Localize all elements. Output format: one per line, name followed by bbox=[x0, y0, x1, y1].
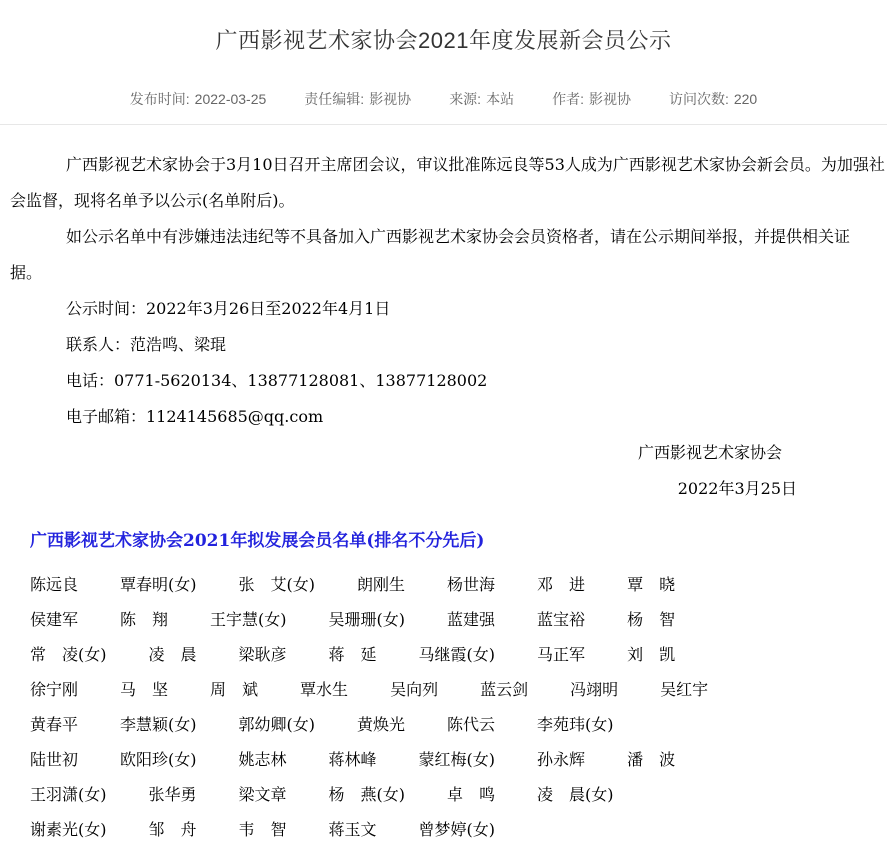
meta-value: 影视协 bbox=[369, 91, 411, 107]
member-name: 黄春平 bbox=[30, 707, 78, 742]
name-row: 徐宁刚马 坚周 斌覃水生吴向列蓝云剑冯翊明吴红宇 bbox=[30, 672, 857, 707]
page-title: 广西影视艺术家协会2021年度发展新会员公示 bbox=[0, 0, 887, 56]
member-name: 陈 翔 bbox=[120, 602, 168, 637]
meta-bar: 发布时间:2022-03-25责任编辑:影视协来源:本站作者:影视协访问次数:2… bbox=[0, 90, 887, 108]
member-name: 李苑玮(女) bbox=[537, 707, 614, 742]
member-name: 覃水生 bbox=[300, 672, 348, 707]
meta-item: 来源:本站 bbox=[449, 90, 514, 108]
meta-label: 发布时间: bbox=[130, 91, 190, 107]
meta-value: 2022-03-25 bbox=[195, 91, 267, 107]
member-name: 郭幼卿(女) bbox=[239, 707, 316, 742]
signature-org: 广西影视艺术家协会 bbox=[10, 435, 877, 471]
member-name: 蓝云剑 bbox=[480, 672, 528, 707]
paragraphs: 广西影视艺术家协会于3月10日召开主席团会议，审议批准陈远良等53人成为广西影视… bbox=[10, 147, 877, 291]
member-name: 马继霞(女) bbox=[419, 637, 496, 672]
member-name: 邓 进 bbox=[537, 567, 585, 602]
member-name: 冯翊明 bbox=[570, 672, 618, 707]
member-name: 韦 智 bbox=[239, 812, 287, 844]
article-paragraph: 如公示名单中有涉嫌违法违纪等不具备加入广西影视艺术家协会会员资格者，请在公示期间… bbox=[10, 219, 877, 291]
paragraph-line: 广西影视艺术家协会于3月10日召开主席团会议，审议批准陈远良等53人成为广西影视… bbox=[10, 147, 877, 183]
member-name: 曾梦婷(女) bbox=[419, 812, 496, 844]
member-name: 欧阳珍(女) bbox=[120, 742, 197, 777]
name-row: 侯建军陈 翔王宇慧(女)吴珊珊(女)蓝建强蓝宝裕杨 智 bbox=[30, 602, 857, 637]
member-name: 朗刚生 bbox=[357, 567, 405, 602]
roster-rows: 陈远良覃春明(女)张 艾(女)朗刚生杨世海邓 进覃 晓侯建军陈 翔王宇慧(女)吴… bbox=[30, 567, 857, 844]
member-name: 黄焕光 bbox=[357, 707, 405, 742]
meta-label: 来源: bbox=[449, 91, 481, 107]
member-name: 侯建军 bbox=[30, 602, 78, 637]
member-name: 陈远良 bbox=[30, 567, 78, 602]
name-row: 王羽潇(女)张华勇梁文章杨 燕(女)卓 鸣凌 晨(女) bbox=[30, 777, 857, 812]
name-row: 陆世初欧阳珍(女)姚志林蒋林峰蒙红梅(女)孙永辉潘 波 bbox=[30, 742, 857, 777]
member-name: 李慧颖(女) bbox=[120, 707, 197, 742]
info-line: 公示时间：2022年3月26日至2022年4月1日 bbox=[10, 291, 877, 327]
name-row: 陈远良覃春明(女)张 艾(女)朗刚生杨世海邓 进覃 晓 bbox=[30, 567, 857, 602]
article-paragraph: 广西影视艺术家协会于3月10日召开主席团会议，审议批准陈远良等53人成为广西影视… bbox=[10, 147, 877, 219]
name-row: 黄春平李慧颖(女)郭幼卿(女)黄焕光陈代云李苑玮(女) bbox=[30, 707, 857, 742]
member-name: 凌 晨 bbox=[149, 637, 197, 672]
roster-section: 广西影视艺术家协会2021年拟发展会员名单(排名不分先后) 陈远良覃春明(女)张… bbox=[0, 529, 887, 844]
member-name: 邹 舟 bbox=[149, 812, 197, 844]
member-name: 张 艾(女) bbox=[239, 567, 316, 602]
meta-label: 作者: bbox=[552, 91, 584, 107]
member-name: 蒋林峰 bbox=[329, 742, 377, 777]
paragraph-line: 据。 bbox=[10, 255, 877, 291]
member-name: 王宇慧(女) bbox=[210, 602, 287, 637]
name-row: 常 凌(女)凌 晨梁耿彦蒋 延马继霞(女)马正军刘 凯 bbox=[30, 637, 857, 672]
member-name: 覃 晓 bbox=[627, 567, 675, 602]
member-name: 王羽潇(女) bbox=[30, 777, 107, 812]
member-name: 马正军 bbox=[537, 637, 585, 672]
announcement-page: 广西影视艺术家协会2021年度发展新会员公示 发布时间:2022-03-25责任… bbox=[0, 0, 887, 844]
meta-item: 责任编辑:影视协 bbox=[304, 90, 411, 108]
meta-value: 本站 bbox=[486, 91, 514, 107]
member-name: 蒙红梅(女) bbox=[419, 742, 496, 777]
member-name: 徐宁刚 bbox=[30, 672, 78, 707]
member-name: 卓 鸣 bbox=[447, 777, 495, 812]
meta-label: 责任编辑: bbox=[304, 91, 364, 107]
signature-date: 2022年3月25日 bbox=[10, 471, 877, 507]
member-name: 吴向列 bbox=[390, 672, 438, 707]
member-name: 凌 晨(女) bbox=[537, 777, 614, 812]
member-name: 蒋玉文 bbox=[329, 812, 377, 844]
header-divider bbox=[0, 124, 887, 125]
member-name: 谢素光(女) bbox=[30, 812, 107, 844]
member-name: 吴珊珊(女) bbox=[329, 602, 406, 637]
info-line: 电子邮箱：1124145685@qq.com bbox=[10, 399, 877, 435]
member-name: 潘 波 bbox=[627, 742, 675, 777]
member-name: 杨 燕(女) bbox=[329, 777, 406, 812]
meta-item: 发布时间:2022-03-25 bbox=[130, 90, 267, 108]
member-name: 陈代云 bbox=[447, 707, 495, 742]
member-name: 周 斌 bbox=[210, 672, 258, 707]
member-name: 刘 凯 bbox=[627, 637, 675, 672]
member-name: 常 凌(女) bbox=[30, 637, 107, 672]
info-line: 电话：0771-5620134、13877128081、13877128002 bbox=[10, 363, 877, 399]
member-name: 蒋 延 bbox=[329, 637, 377, 672]
member-name: 梁文章 bbox=[239, 777, 287, 812]
member-name: 覃春明(女) bbox=[120, 567, 197, 602]
member-name: 梁耿彦 bbox=[239, 637, 287, 672]
info-line: 联系人：范浩鸣、梁琨 bbox=[10, 327, 877, 363]
roster-heading: 广西影视艺术家协会2021年拟发展会员名单(排名不分先后) bbox=[30, 529, 857, 553]
member-name: 陆世初 bbox=[30, 742, 78, 777]
meta-value: 影视协 bbox=[589, 91, 631, 107]
contact-info: 公示时间：2022年3月26日至2022年4月1日联系人：范浩鸣、梁琨电话：07… bbox=[10, 291, 877, 435]
meta-item: 访问次数:220 bbox=[669, 90, 757, 108]
member-name: 孙永辉 bbox=[537, 742, 585, 777]
member-name: 蓝建强 bbox=[447, 602, 495, 637]
member-name: 蓝宝裕 bbox=[537, 602, 585, 637]
meta-label: 访问次数: bbox=[669, 91, 729, 107]
member-name: 马 坚 bbox=[120, 672, 168, 707]
paragraph-line: 如公示名单中有涉嫌违法违纪等不具备加入广西影视艺术家协会会员资格者，请在公示期间… bbox=[10, 219, 877, 255]
article-body: 广西影视艺术家协会于3月10日召开主席团会议，审议批准陈远良等53人成为广西影视… bbox=[0, 147, 887, 507]
meta-item: 作者:影视协 bbox=[552, 90, 631, 108]
member-name: 杨世海 bbox=[447, 567, 495, 602]
paragraph-line: 会监督，现将名单予以公示(名单附后)。 bbox=[10, 183, 877, 219]
member-name: 姚志林 bbox=[239, 742, 287, 777]
member-name: 张华勇 bbox=[149, 777, 197, 812]
member-name: 吴红宇 bbox=[660, 672, 708, 707]
meta-value: 220 bbox=[734, 91, 757, 107]
name-row: 谢素光(女)邹 舟韦 智蒋玉文曾梦婷(女) bbox=[30, 812, 857, 844]
member-name: 杨 智 bbox=[627, 602, 675, 637]
